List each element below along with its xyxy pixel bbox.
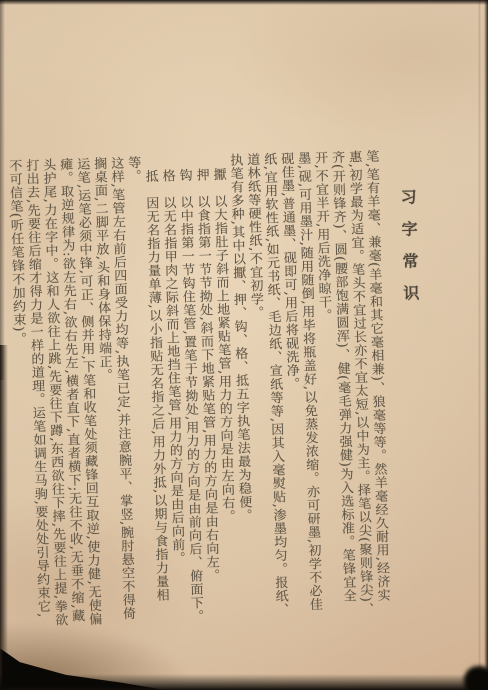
body-text: 笔,笔有羊毫、兼毫(羊毫和其它毫相兼)、狼毫等等。然羊毫经久耐用,经济实惠,初学… — [5, 149, 391, 629]
scan-edge-bottom — [0, 674, 488, 690]
paper-crease-line — [478, 0, 481, 690]
paragraph: 运笔,运笔必须中锋,可正、侧并用,下笔和收笔处须藏锋回互取逆,使力健,无使偏瘫。… — [5, 157, 102, 629]
scan-edge-left-upper — [0, 0, 5, 380]
scan-corner-bottom-right — [464, 666, 488, 690]
page-content: 习字常识 笔,笔有羊毫、兼毫(羊毫和其它毫相兼)、狼毫等等。然羊毫经久耐用,经济… — [5, 148, 444, 629]
page-title: 习字常识 — [395, 148, 430, 618]
paragraph: 笔,笔有羊毫、兼毫(羊毫和其它毫相兼)、狼毫等等。然羊毫经久耐用,经济实惠,初学… — [311, 149, 391, 621]
book-page-scan: 习字常识 笔,笔有羊毫、兼毫(羊毫和其它毫相兼)、狼毫等等。然羊毫经久耐用,经济… — [0, 0, 488, 690]
scan-edge-top — [0, 0, 488, 5]
scan-edge-right — [484, 0, 488, 690]
